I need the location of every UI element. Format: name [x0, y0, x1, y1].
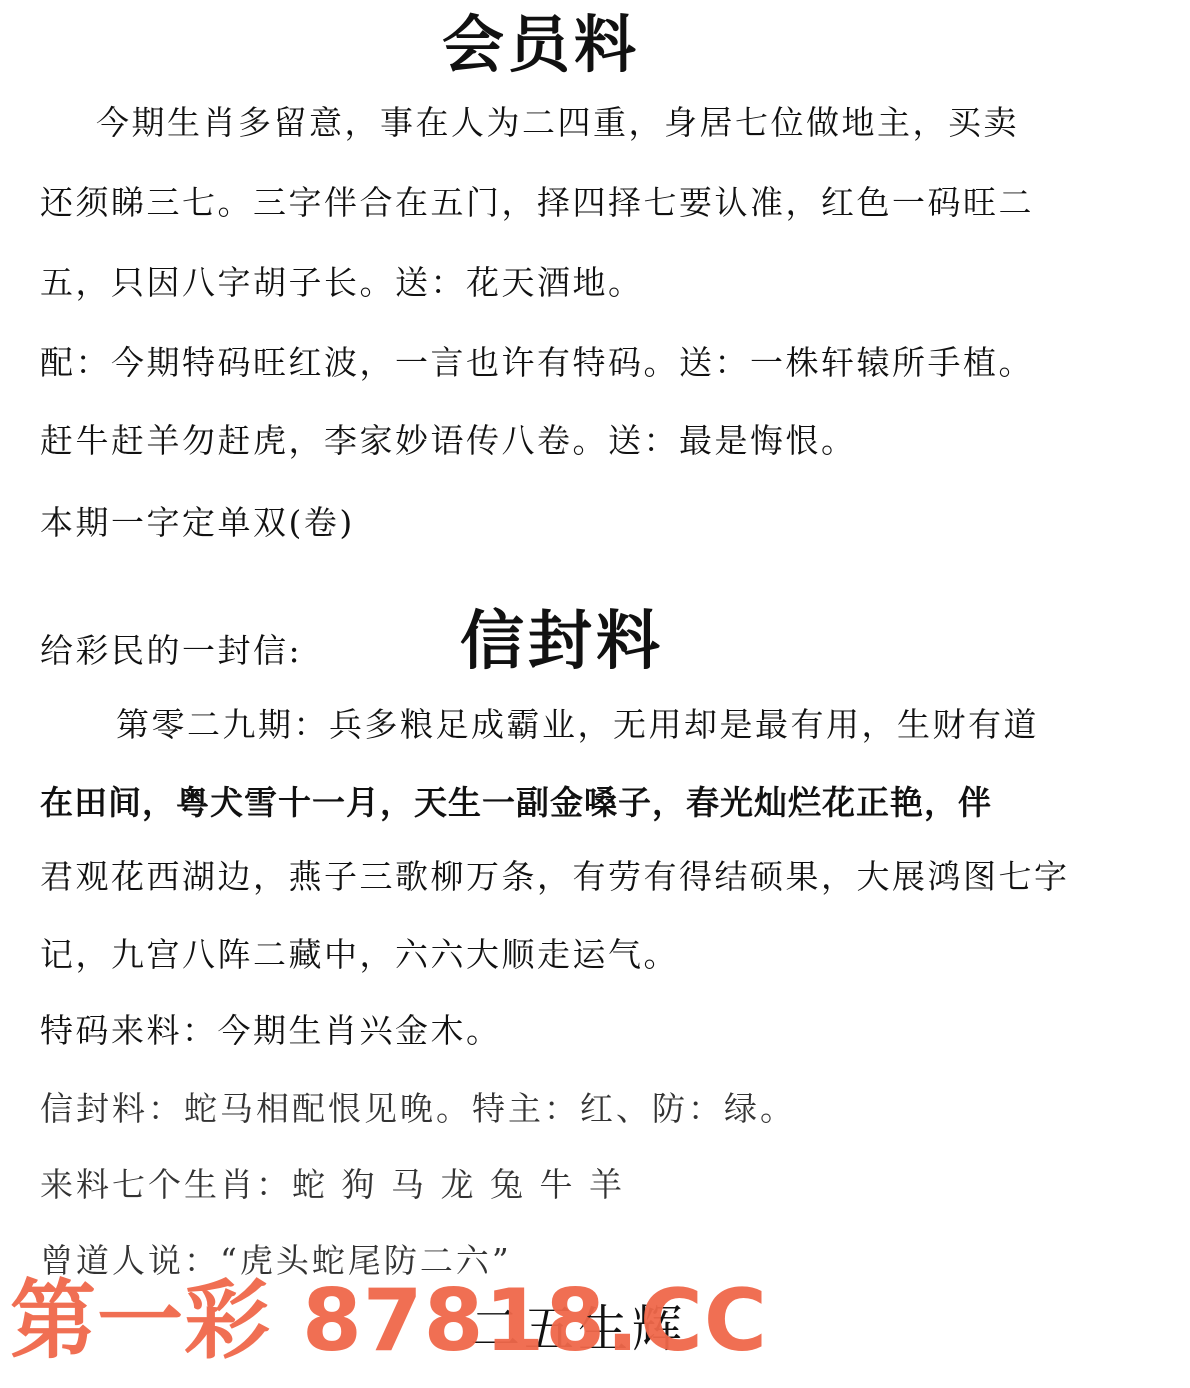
envelope-section-title: 信封料	[460, 610, 664, 674]
member-line-3: 五，只因八字胡子长。送：花天酒地。	[40, 266, 644, 299]
envelope-line-6: 信封料：蛇马相配恨见晚。特主：红、防：绿。	[40, 1092, 796, 1125]
envelope-line-3: 君观花西湖边，燕子三歌柳万条，有劳有得结硕果，大展鸿图七字	[40, 860, 1070, 893]
watermark: 第一彩 87818.CC	[10, 1278, 768, 1364]
member-section-title: 会员料	[442, 14, 640, 76]
member-line-6: 本期一字定单双(卷)	[40, 506, 355, 539]
envelope-line-4: 记，九宫八阵二藏中，六六大顺走运气。	[40, 938, 679, 971]
member-line-2: 还须睇三七。三字伴合在五门，择四择七要认准，红色一码旺二	[40, 186, 1034, 219]
member-line-1: 今期生肖多留意，事在人为二四重，身居七位做地主，买卖	[96, 106, 1019, 139]
envelope-line-1: 第零二九期：兵多粮足成霸业，无用却是最有用，生财有道	[116, 708, 1039, 741]
member-line-4: 配：今期特码旺红波，一言也许有特码。送：一株轩辕所手植。	[40, 346, 1034, 379]
envelope-intro-label: 给彩民的一封信:	[40, 634, 302, 667]
envelope-line-5: 特码来料：今期生肖兴金木。	[40, 1014, 502, 1047]
envelope-line-2: 在田间，粤犬雪十一月，天生一副金嗓子，春光灿烂花正艳，伴	[40, 786, 992, 819]
member-line-5: 赶牛赶羊勿赶虎，李家妙语传八卷。送：最是悔恨。	[40, 424, 857, 457]
envelope-line-7: 来料七个生肖：蛇 狗 马 龙 兔 牛 羊	[40, 1168, 625, 1201]
